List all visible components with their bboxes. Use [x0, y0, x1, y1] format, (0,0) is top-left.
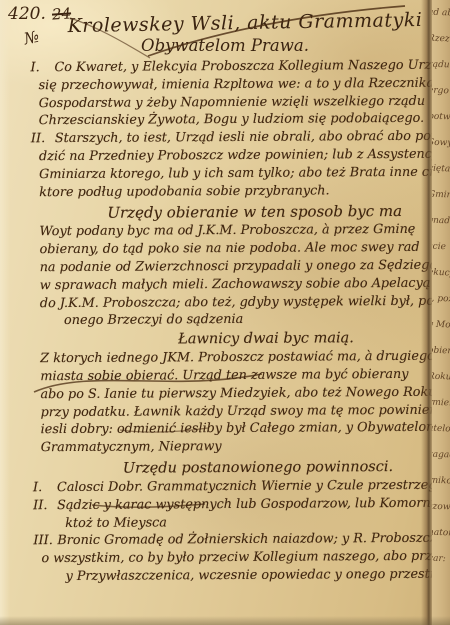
list-marker: II. [31, 130, 46, 148]
edge-text-fragment: ąd aby [432, 0, 450, 26]
line-text: Urzędu postanowionego powinnosci. [123, 459, 393, 477]
edge-text-fragment: Sowy [432, 130, 450, 157]
edge-text-fragment: car: [432, 546, 450, 573]
edge-text-fragment: Roku [432, 364, 450, 391]
edge-text-fragment: natom [432, 520, 450, 547]
edge-text-fragment: obier [432, 338, 450, 365]
line-text: ktoż to Mieysca [65, 515, 167, 531]
edge-text-fragment: szowi [432, 494, 450, 521]
line-text: Ławnicy dwai byc maią. [178, 330, 354, 347]
edge-text-fragment: rnikow [432, 468, 450, 495]
line-text: ktore podług upodobania sobie przybranyc… [39, 183, 329, 200]
edge-text-fragment: ekucy [432, 260, 450, 287]
line-text: Calosci Dobr. Grammatycznich Wiernie y C… [57, 478, 450, 495]
line-text: onego Brzeczyi do sądzenia [64, 312, 243, 328]
manuscript-page: 420. 24 № Krolewskey Wsli, aktu Grammaty… [0, 0, 450, 625]
line-text: Gminiarza ktorego, lub y ich sam tylko; … [39, 164, 450, 182]
line-text: na podanie od Zwierzchnosci przypadali y… [40, 258, 438, 275]
edge-text-fragment: rmien [432, 390, 450, 417]
page-number: 420. [8, 4, 46, 24]
manuscript-line: y Przywłaszczenica, wczesnie opowiedac y… [32, 566, 434, 586]
page-edge-bottom [0, 616, 450, 625]
line-text: dzić na Przedniey Proboszcz wdze powinie… [39, 147, 447, 164]
edge-text-fragment: ergo [432, 78, 450, 105]
margin-paragraph-mark: № [22, 27, 41, 49]
line-text: się przechowywał, imienia Rzpltowa we: a… [39, 76, 435, 93]
edge-text-fragment: atelom [432, 416, 450, 443]
line-text: abo po S. Ianie tu pierwszy Miedzyiek, a… [40, 384, 436, 401]
manuscript-line: Ławnicy dwai byc maią. [30, 329, 432, 350]
line-text: w sprawach małych mieli. Zachowawszy sob… [40, 276, 431, 293]
line-text: Woyt podany byc ma od J.K.M. Proboszcza,… [39, 222, 415, 239]
line-text: Chrzescianskiey Żywota, Bogu y ludziom s… [39, 111, 425, 128]
edge-text-fragment: Gmin [432, 182, 450, 209]
line-text: iesli dobry: odmienić iesliby był Całego… [41, 420, 439, 437]
line-text: o wszystkim, co by było przeciw Kollegiu… [41, 548, 450, 566]
manuscript-title-line1: Krolewskey Wsli, aktu Grammatyki [60, 9, 430, 37]
manuscript-title-line2: Obywatelom Prawa. [60, 36, 390, 55]
line-text: obierany, do tąd poko sie na nie podoba.… [40, 240, 420, 257]
line-text: do J.K.M. Proboszcza; abo też, gdyby wys… [40, 293, 450, 311]
edge-text-fragment: potwi [432, 104, 450, 131]
edge-text-fragment: ciętas [432, 156, 450, 183]
line-text: Co Kwaret, y Elekcyia Proboszcza Kollegi… [54, 58, 450, 76]
list-marker: I. [30, 59, 39, 77]
manuscript-line: onego Brzeczyi do sądzenia [30, 310, 432, 330]
line-text: Starszych, to iest, Urząd iesli nie obra… [55, 129, 450, 147]
manuscript-line: Urzędu postanowionego powinnosci. [31, 457, 433, 479]
manuscript-text-block: I.Co Kwaret, y Elekcyia Proboszcza Kolle… [28, 57, 433, 586]
line-text: Z ktorych iednego JKM. Proboszcz postawi… [40, 349, 435, 366]
page-edge-left [0, 0, 10, 625]
edge-text-fragment: y Mo [432, 312, 450, 339]
manuscript-line: Grammatycznym, Nieprawy [31, 437, 433, 457]
edge-text-fragment: t, pozw [432, 286, 450, 313]
list-marker: I. [33, 479, 42, 497]
edge-text-fragment: zagac [432, 442, 450, 469]
line-text: y Przywłaszczenica, wczesnie opowiedac y… [66, 566, 450, 584]
edge-text-fragment: ządu [432, 52, 450, 79]
next-page-edge: ąd abyRzeznikząduergopotwiSowyciętasGmin… [432, 0, 450, 625]
line-text: Gospodarstwa y żeby Napomnienie wzięli w… [39, 93, 425, 110]
list-marker: III. [33, 532, 53, 550]
edge-text-fragment: scie [432, 234, 450, 261]
list-marker: II. [33, 497, 48, 515]
line-text: Bronic Gromadę od Żołnierskich naiazdow;… [57, 531, 450, 548]
line-text: miasta sobie obierać. Urząd ten zawsze m… [40, 367, 408, 384]
line-text: Sądzic y karac występnych lub Gospodarzo… [57, 495, 450, 512]
line-text: Urzędy obieranie w ten sposob byc ma [107, 202, 402, 222]
edge-text-fragment: ynad [432, 208, 450, 235]
line-text: przy podatku. Ławnik każdy Urząd swoy ma… [41, 402, 438, 419]
manuscript-line: ktore podług upodobania sobie przybranyc… [29, 181, 431, 201]
edge-text-fragment: Rzeznik [432, 26, 450, 53]
manuscript-line: Urzędy obieranie w ten sposob byc ma [29, 201, 431, 223]
line-text: Grammatycznym, Nieprawy [41, 439, 222, 455]
